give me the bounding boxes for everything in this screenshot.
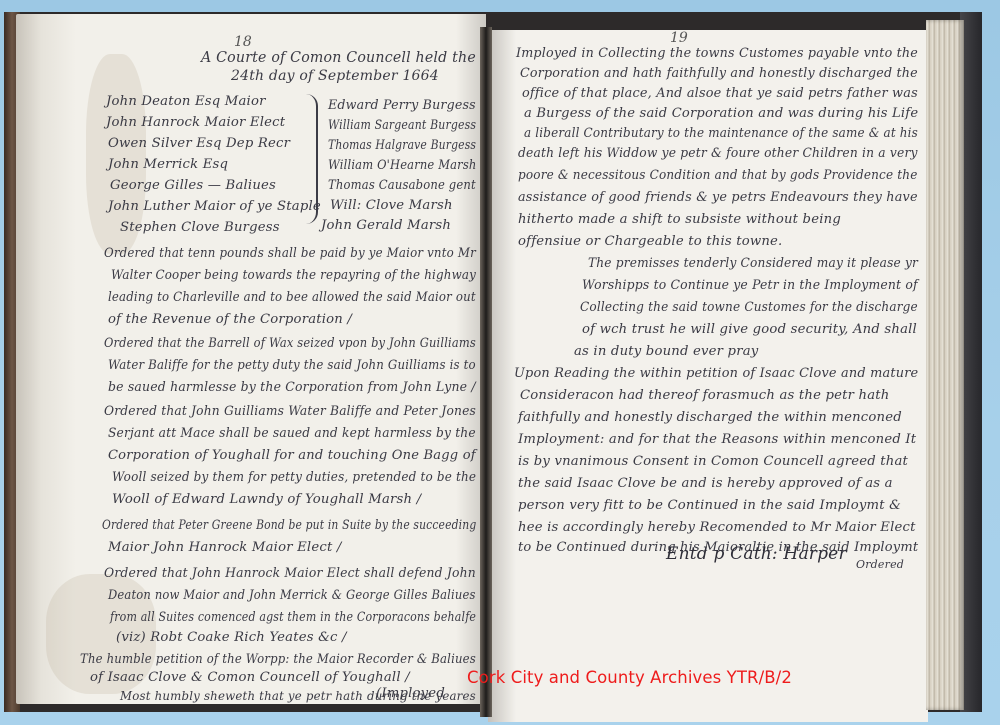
text-line: of Isaac Clove & Comon Councell of Yough… [90,670,410,685]
archive-caption: Cork City and County Archives YTR/B/2 [467,668,792,687]
text-line: be saued harmlesse by the Corporation fr… [108,380,476,395]
catchword: (Imployed [376,686,445,701]
attendee: William O'Hearne Marsh [328,158,476,173]
book-gutter [480,27,492,717]
text-line: Ordered that Peter Greene Bond be put in… [102,518,476,533]
text-line: Imployment: and for that the Reasons wit… [518,432,916,447]
text-line: Upon Reading the within petition of Isaa… [514,366,918,381]
text-line: a Burgess of the said Corporation and wa… [524,106,918,121]
text-line: The humble petition of the Worpp: the Ma… [80,652,476,667]
attendee: Stephen Clove Burgess [120,220,280,235]
text-line: Worshipps to Continue ye Petr in the Imp… [582,278,918,293]
text-line: hitherto made a shift to subsiste withou… [518,212,841,227]
attendee: Thomas Halgrave Burgess [328,138,476,153]
text-line: from all Suites comenced agst them in th… [110,610,476,625]
minutes-heading: A Courte of Comon Councell held the [201,48,476,66]
text-line: assistance of good friends & ye petrs En… [518,190,918,205]
text-line: Ordered that John Guilliams Water Baliff… [104,404,476,419]
page-fore-edge [926,20,964,710]
text-line: Ordered that the Barrell of Wax seized v… [104,336,476,351]
attendee: William Sargeant Burgess [328,118,476,133]
text-line: a liberall Contributary to the maintenan… [524,126,918,141]
minutes-date: 24th day of September 1664 [231,68,439,84]
text-line: is by vnanimous Consent in Comon Councel… [518,454,908,469]
endorsement: Ordered [856,558,904,571]
attendee: Edward Perry Burgess [328,98,476,113]
text-line: Imployed in Collecting the towns Custome… [516,46,918,61]
attendee: George Gilles — Baliues [110,178,276,193]
text-line: Wooll of Edward Lawndy of Youghall Marsh… [112,492,421,507]
attendee: John Deaton Esq Maior [106,94,266,109]
text-line: faithfully and honestly discharged the w… [518,410,902,425]
text-line: The premisses tenderly Considered may it… [588,256,918,271]
attendee: John Merrick Esq [108,157,228,172]
attendee: John Luther Maior of ye Staple [108,199,321,214]
text-line: hee is accordingly hereby Recomended to … [518,520,916,535]
text-line: of wch trust he will give good security,… [582,322,917,337]
text-line: person very fitt to be Continued in the … [518,498,901,513]
text-line: leading to Charleville and to bee allowe… [108,290,476,305]
text-line: Wooll seized by them for petty duties, p… [112,470,476,485]
attendee: Thomas Causabone gent [328,178,476,193]
text-line: Deaton now Maior and John Merrick & Geor… [108,588,476,603]
text-line: Corporation of Youghall for and touching… [108,448,476,463]
right-page: 19 Imployed in Collecting the towns Cust… [488,30,928,722]
clerk-signature: Entd p Cath: Harper [666,544,847,564]
bracket [306,94,318,224]
text-line: offensiue or Chargeable to this towne. [518,234,782,249]
text-line: Serjant att Mace shall be saued and kept… [108,426,476,441]
open-manuscript-book: 18 A Courte of Comon Councell held the 2… [4,12,982,712]
text-line: Corporation and hath faithfully and hone… [520,66,918,81]
page-number: 19 [670,30,688,46]
attendee: Owen Silver Esq Dep Recr [108,136,290,151]
text-line: Walter Cooper being towards the repayrin… [111,268,476,283]
text-line: of the Revenue of the Corporation / [108,312,352,327]
text-line: (viz) Robt Coake Rich Yeates &c / [116,630,347,645]
text-line: as in duty bound ever pray [574,344,758,359]
attendee: Will: Clove Marsh [330,198,453,213]
text-line: Ordered that tenn pounds shall be paid b… [104,246,476,261]
text-line: Consideracon had thereof forasmuch as th… [520,388,889,403]
text-line: Water Baliffe for the petty duty the sai… [108,358,476,373]
text-line: office of that place, And alsoe that ye … [522,86,918,101]
text-line: the said Isaac Clove be and is hereby ap… [518,476,893,491]
text-line: poore & necessitous Condition and that b… [518,168,917,183]
attendee: John Gerald Marsh [321,218,451,233]
left-page: 18 A Courte of Comon Councell held the 2… [16,14,486,704]
attendee: John Hanrock Maior Elect [106,115,285,130]
text-line: Collecting the said towne Customes for t… [580,300,918,315]
text-line: death left his Widdow ye petr & foure ot… [518,146,918,161]
text-line: Ordered that John Hanrock Maior Elect sh… [104,566,476,581]
text-line: Maior John Hanrock Maior Elect / [108,540,341,555]
